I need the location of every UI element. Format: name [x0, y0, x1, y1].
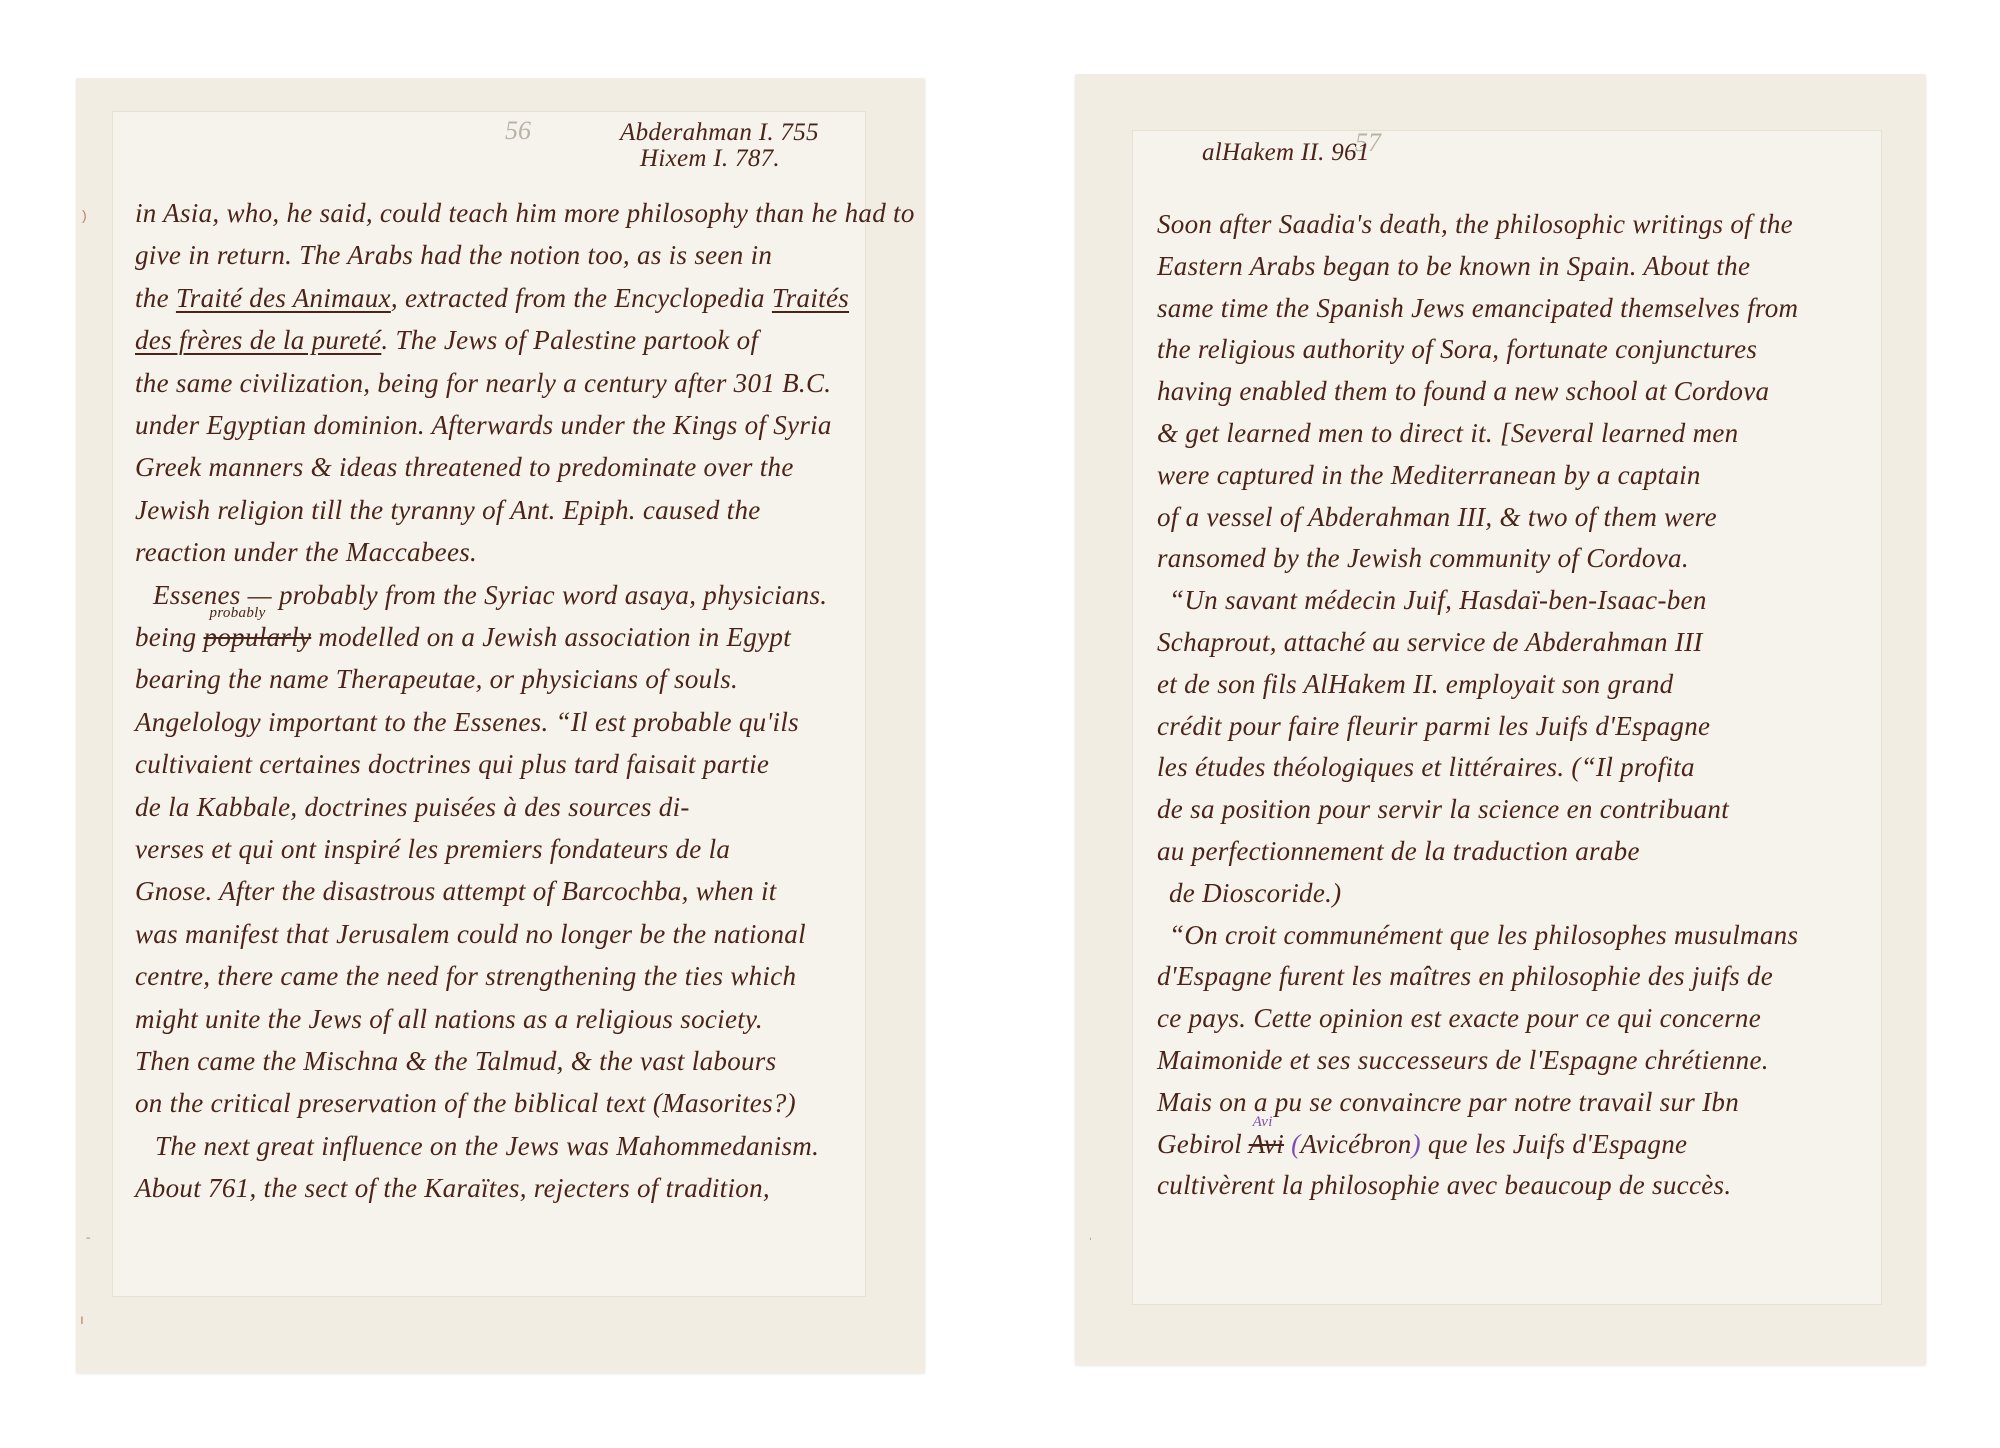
manuscript-line: cultivèrent la philosophie avec beaucoup…	[1157, 1172, 1731, 1199]
manuscript-line: in Asia, who, he said, could teach him m…	[135, 200, 915, 227]
manuscript-line: Gebirol AviAvi (Avicébron) que les Juifs…	[1157, 1131, 1687, 1158]
manuscript-line: Greek manners & ideas threatened to pred…	[135, 454, 794, 481]
purple-bracket-open: (	[1291, 1129, 1300, 1159]
underlined-title: Traités	[772, 283, 849, 313]
manuscript-line: About 761, the sect of the Karaïtes, rej…	[135, 1175, 770, 1202]
manuscript-line: Jewish religion till the tyranny of Ant.…	[135, 497, 761, 524]
manuscript-line: being popularlyprobably modelled on a Je…	[135, 624, 791, 651]
manuscript-line: des frères de la pureté. The Jews of Pal…	[135, 327, 758, 354]
manuscript-line: the religious authority of Sora, fortuna…	[1157, 336, 1757, 363]
manuscript-line: ransomed by the Jewish community of Cord…	[1157, 545, 1689, 572]
margin-mark: )	[82, 208, 87, 222]
manuscript-line: Eastern Arabs began to be known in Spain…	[1157, 253, 1750, 280]
manuscript-line: give in return. The Arabs had the notion…	[135, 242, 772, 269]
manuscript-line: crédit pour faire fleurir parmi les Juif…	[1157, 713, 1710, 740]
manuscript-line: reaction under the Maccabees.	[135, 539, 477, 566]
manuscript-line: the same civilization, being for nearly …	[135, 370, 831, 397]
manuscript-line: on the critical preservation of the bibl…	[135, 1090, 796, 1117]
manuscript-line: Gnose. After the disastrous attempt of B…	[135, 878, 777, 905]
manuscript-line: The next great influence on the Jews was…	[155, 1133, 819, 1160]
struck-word: popularlyprobably	[204, 622, 312, 652]
manuscript-line: were captured in the Mediterranean by a …	[1157, 462, 1701, 489]
underlined-title: des frères de la pureté	[135, 325, 381, 355]
manuscript-line: “On croit communément que les philosophe…	[1169, 922, 1798, 949]
margin-mark: ˉ	[86, 1235, 91, 1249]
manuscript-line: d'Espagne furent les maîtres en philosop…	[1157, 963, 1773, 990]
manuscript-line: de la Kabbale, doctrines puisées à des s…	[135, 794, 690, 821]
struck-word: AviAvi	[1249, 1129, 1284, 1159]
manuscript-line: Schaprout, attaché au service de Abderah…	[1157, 629, 1703, 656]
manuscript-line: au perfectionnement de la traduction ara…	[1157, 838, 1640, 865]
manuscript-line: les études théologiques et littéraires. …	[1157, 754, 1695, 781]
manuscript-line: Angelology important to the Essenes. “Il…	[135, 709, 799, 736]
right-page-header: alHakem II. 961	[1202, 140, 1370, 165]
manuscript-line: de Dioscoride.)	[1169, 880, 1341, 907]
left-page-folio-number: 56	[505, 118, 531, 144]
margin-mark: ı	[80, 1312, 84, 1326]
manuscript-line: Then came the Mischna & the Talmud, & th…	[135, 1048, 776, 1075]
inserted-correction: Avi	[1253, 1115, 1273, 1130]
manuscript-line: bearing the name Therapeutae, or physici…	[135, 666, 738, 693]
left-page-header-line-2: Hixem I. 787.	[640, 146, 780, 171]
manuscript-line: of a vessel of Abderahman III, & two of …	[1157, 504, 1717, 531]
bracketed-name: Avicébron	[1300, 1129, 1411, 1159]
manuscript-line: & get learned men to direct it. [Several…	[1157, 420, 1738, 447]
manuscript-line: under Egyptian dominion. Afterwards unde…	[135, 412, 832, 439]
manuscript-line: was manifest that Jerusalem could no lon…	[135, 921, 806, 948]
underlined-title: Traité des Animaux	[176, 283, 391, 313]
manuscript-line: de sa position pour servir la science en…	[1157, 796, 1729, 823]
manuscript-line: Maimonide et ses successeurs de l'Espagn…	[1157, 1047, 1769, 1074]
inserted-correction: probably	[210, 606, 266, 621]
manuscript-line: might unite the Jews of all nations as a…	[135, 1006, 763, 1033]
manuscript-line: centre, there came the need for strength…	[135, 963, 796, 990]
manuscript-line: ce pays. Cette opinion est exacte pour c…	[1157, 1005, 1761, 1032]
manuscript-line: cultivaient certaines doctrines qui plus…	[135, 751, 769, 778]
manuscript-line: Soon after Saadia's death, the philosoph…	[1157, 211, 1793, 238]
manuscript-line: having enabled them to found a new schoo…	[1157, 378, 1769, 405]
left-page-header-line-1: Abderahman I. 755	[620, 120, 819, 145]
manuscript-line: verses et qui ont inspiré les premiers f…	[135, 836, 730, 863]
purple-bracket-close: )	[1412, 1129, 1421, 1159]
manuscript-line: same time the Spanish Jews emancipated t…	[1157, 295, 1798, 322]
manuscript-line: the Traité des Animaux, extracted from t…	[135, 285, 849, 312]
manuscript-line: et de son fils AlHakem II. employait son…	[1157, 671, 1673, 698]
margin-mark: ˌ	[1088, 1225, 1093, 1239]
manuscript-line: Mais on a pu se convaincre par notre tra…	[1157, 1089, 1739, 1116]
manuscript-line: “Un savant médecin Juif, Hasdaï-ben-Isaa…	[1169, 587, 1707, 614]
